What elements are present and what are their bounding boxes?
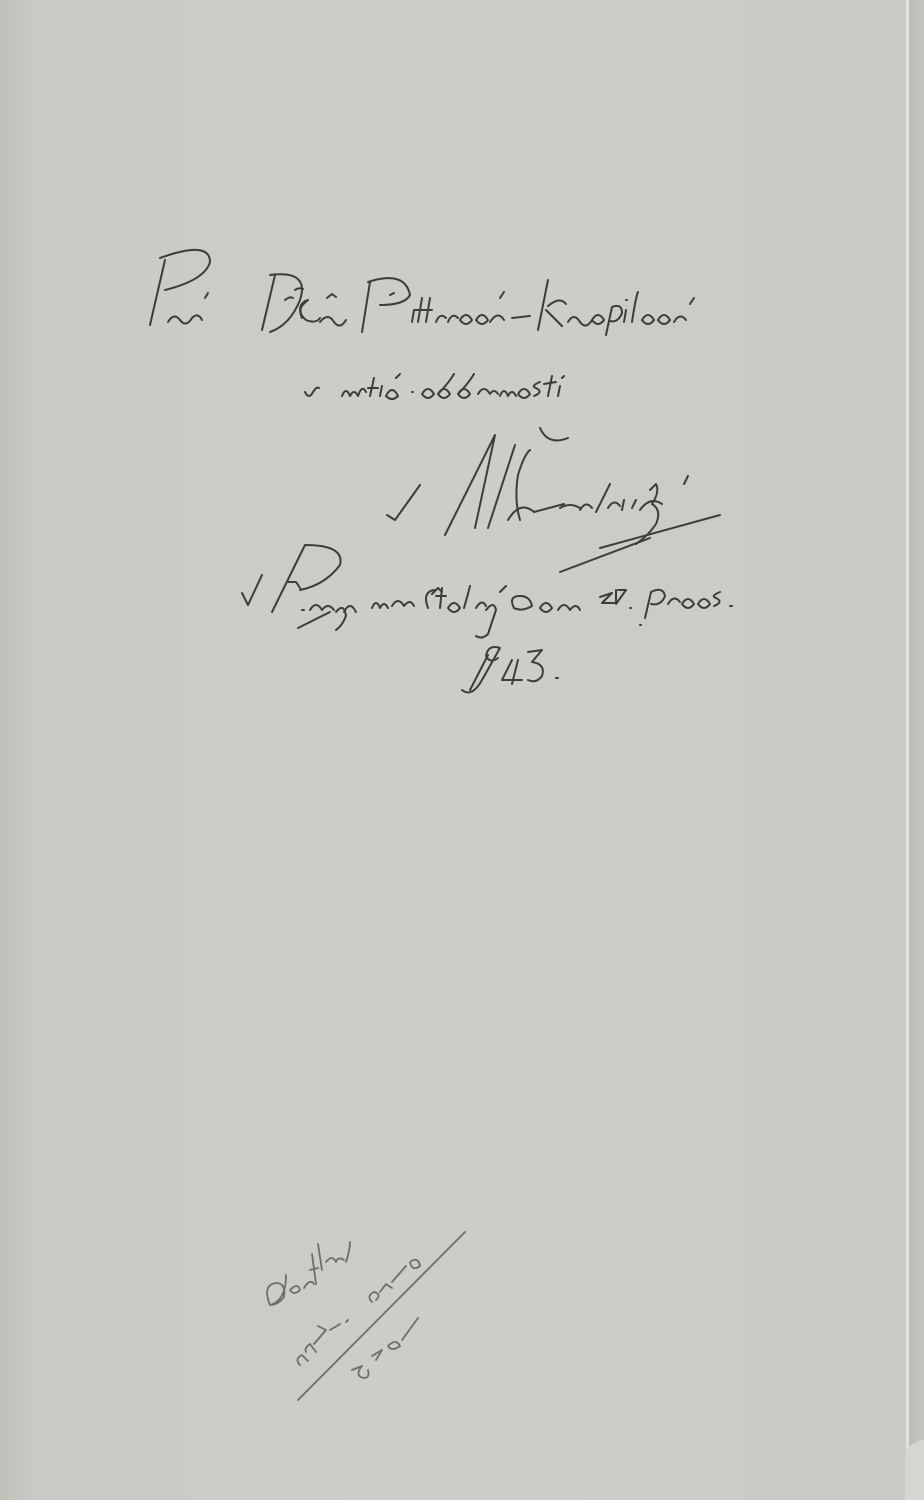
inscription-line-1: [150, 250, 694, 335]
inscription-line-3: [242, 545, 732, 638]
signature: [387, 428, 720, 572]
handwriting-layer: [0, 0, 924, 1500]
inscription-line-4: [462, 647, 558, 692]
inscription-line-2: [305, 374, 564, 399]
pencil-note: [267, 1232, 465, 1400]
